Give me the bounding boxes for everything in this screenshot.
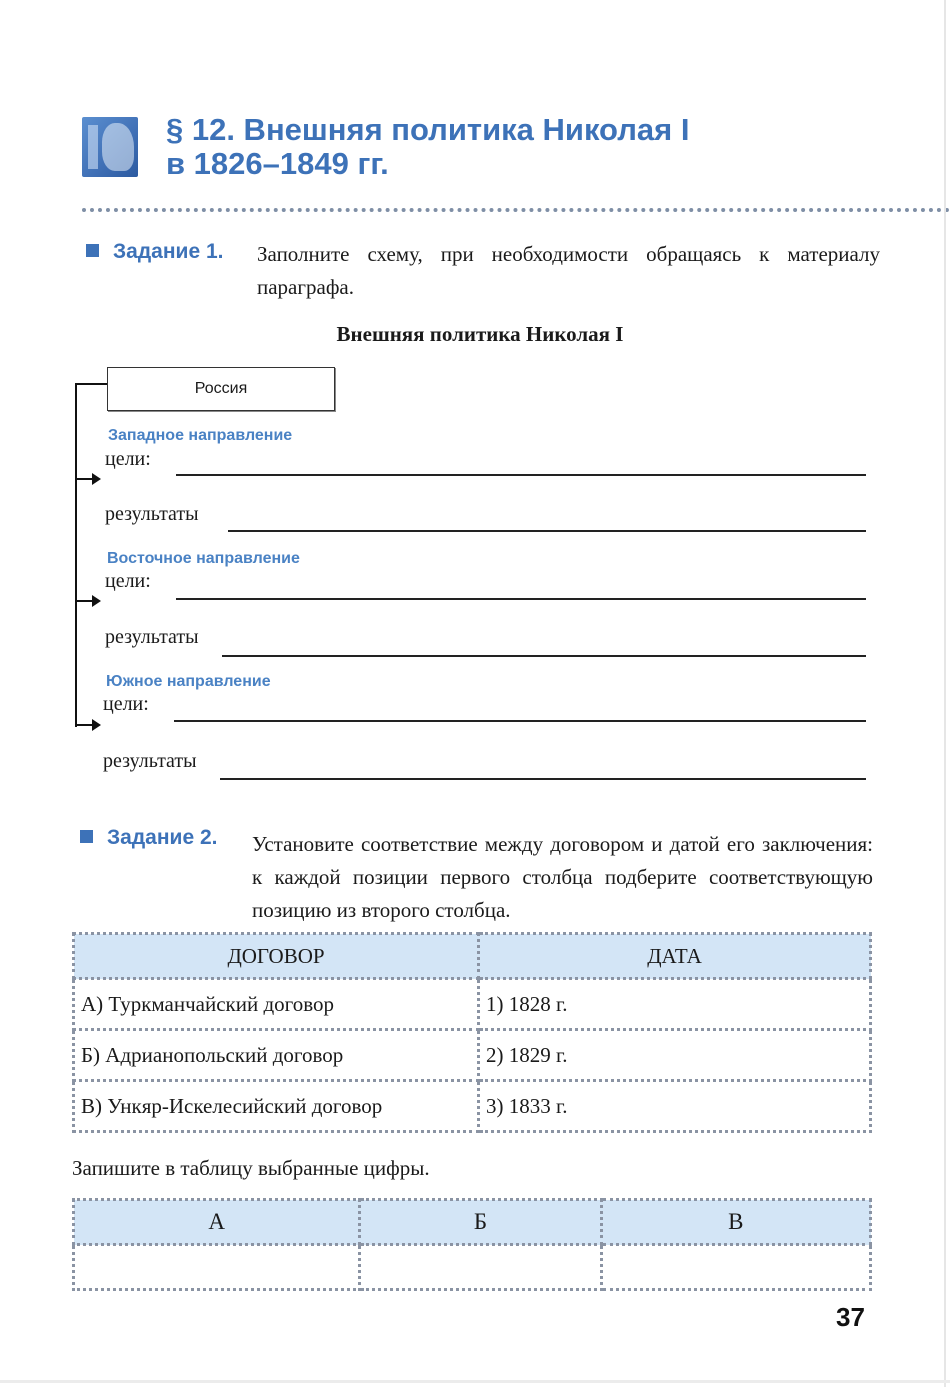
east-results-label: результаты <box>105 626 199 649</box>
page-bottom-edge <box>0 1380 950 1383</box>
bullet-square-icon <box>86 244 99 257</box>
answer-cell-b[interactable] <box>360 1245 601 1290</box>
date-cell: 2) 1829 г. <box>479 1030 871 1081</box>
scheme-connector-line <box>75 383 107 385</box>
direction-east-label: Восточное направление <box>107 550 300 568</box>
south-goals-input[interactable] <box>174 720 866 722</box>
south-results-label: результаты <box>103 750 197 773</box>
answer-table: А Б В <box>72 1198 872 1291</box>
answer-column-a: А <box>74 1200 360 1245</box>
answer-header-row: А Б В <box>74 1200 871 1245</box>
answer-prompt: Запишите в таблицу выбранные цифры. <box>72 1152 430 1185</box>
column-header-date: ДАТА <box>479 934 871 979</box>
date-cell: 1) 1828 г. <box>479 979 871 1030</box>
task1-label: Задание 1. <box>86 240 223 264</box>
arrow-right-icon <box>75 600 99 602</box>
column-header-treaty: ДОГОВОР <box>74 934 479 979</box>
east-goals-label: цели: <box>105 570 151 593</box>
date-cell: 3) 1833 г. <box>479 1081 871 1132</box>
section-emblem-icon <box>82 117 138 177</box>
answer-column-b: Б <box>360 1200 601 1245</box>
task2-text: Установите соответствие между договором … <box>252 828 873 927</box>
west-results-input[interactable] <box>228 530 866 532</box>
scheme-title: Внешняя политика Николая I <box>0 322 950 347</box>
table-row: А) Туркманчайский договор 1) 1828 г. <box>74 979 871 1030</box>
matching-table: ДОГОВОР ДАТА А) Туркманчайский договор 1… <box>72 932 872 1133</box>
treaty-cell: А) Туркманчайский договор <box>74 979 479 1030</box>
west-results-label: результаты <box>105 503 199 526</box>
task2-label: Задание 2. <box>80 826 217 850</box>
page-number: 37 <box>836 1302 865 1333</box>
east-results-input[interactable] <box>222 655 866 657</box>
table-row: Б) Адрианопольский договор 2) 1829 г. <box>74 1030 871 1081</box>
scheme-connector-line <box>75 383 77 727</box>
title-line-2: в 1826–1849 гг. <box>166 147 689 181</box>
treaty-cell: Б) Адрианопольский договор <box>74 1030 479 1081</box>
south-results-input[interactable] <box>220 778 866 780</box>
title-line-1: § 12. Внешняя политика Николая I <box>166 113 689 147</box>
table-row: В) Ункяр-Искелесийский договор 3) 1833 г… <box>74 1081 871 1132</box>
west-goals-label: цели: <box>105 448 151 471</box>
treaty-cell: В) Ункяр-Искелесийский договор <box>74 1081 479 1132</box>
table-header-row: ДОГОВОР ДАТА <box>74 934 871 979</box>
answer-column-v: В <box>601 1200 870 1245</box>
header-divider <box>82 208 950 212</box>
answer-cell-a[interactable] <box>74 1245 360 1290</box>
arrow-right-icon <box>75 724 99 726</box>
direction-west-label: Западное направление <box>108 427 292 445</box>
arrow-right-icon <box>75 478 99 480</box>
page-edge <box>944 0 946 1387</box>
south-goals-label: цели: <box>103 693 149 716</box>
task1-text: Заполните схему, при необходимости обращ… <box>257 238 880 304</box>
east-goals-input[interactable] <box>176 598 866 600</box>
page-title: § 12. Внешняя политика Николая I в 1826–… <box>166 113 689 181</box>
answer-row <box>74 1245 871 1290</box>
scheme-root-box: Россия <box>107 367 335 411</box>
bullet-square-icon <box>80 830 93 843</box>
answer-cell-v[interactable] <box>601 1245 870 1290</box>
direction-south-label: Южное направление <box>106 673 271 691</box>
west-goals-input[interactable] <box>176 474 866 476</box>
